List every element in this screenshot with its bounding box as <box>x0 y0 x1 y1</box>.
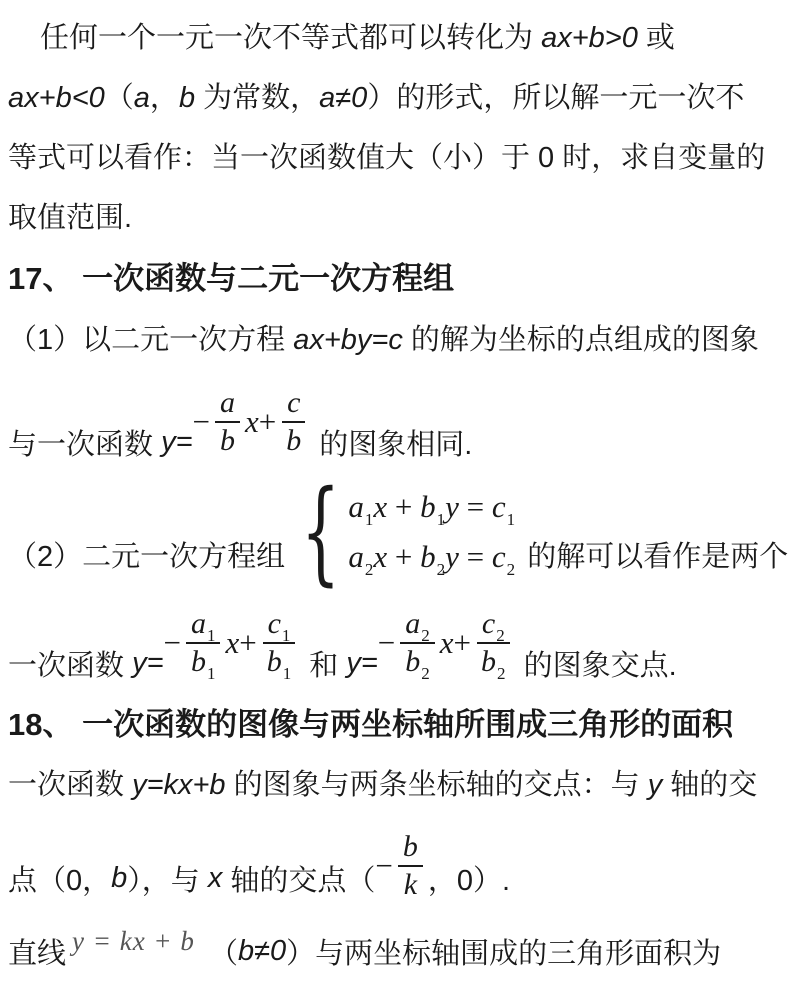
fraction-denominator: b1 <box>186 644 221 680</box>
section-17-item-1: （1）以二元一次方程 ax+by=c 的解为坐标的点组成的图象 <box>8 310 781 370</box>
fraction-numerator: a1 <box>186 607 221 645</box>
math-inline: y=kx+b <box>132 769 226 801</box>
inline-formula-y-kx-b: y = kx + b <box>72 926 195 957</box>
formula-line-b: 一次函数 y= − a1b1 x + c1b1 和 y= − a2b2 x + … <box>8 590 781 696</box>
body-text: 取值范围. <box>8 202 132 234</box>
body-text: 的图象相同. <box>311 422 472 463</box>
math-inline: y= <box>161 426 192 459</box>
body-text: 的解可以看作是两个 <box>519 534 788 575</box>
math-inline: a≠0 <box>319 82 367 114</box>
body-text: （ <box>105 82 134 114</box>
fraction-numerator: c <box>282 386 305 424</box>
body-text: （1）以二元一次方程 <box>8 324 293 356</box>
section-18-line-2: 点（0， b ），与 x 轴的交点（ − bk ，0）. <box>8 816 781 916</box>
body-text: 和 <box>301 643 346 684</box>
fraction-numerator: a <box>215 386 240 424</box>
fraction-a-over-b: ab <box>215 386 240 459</box>
math-inline: ax+b<0 <box>8 82 105 114</box>
plus-sign: + <box>239 625 256 661</box>
math-inline: a <box>134 82 150 114</box>
intro-line-2: ax+b<0（a，b 为常数，a≠0）的形式，所以解一元一次不 <box>8 68 781 128</box>
fraction-b-over-k: bk <box>398 830 423 903</box>
body-text: 等式可以看作：当一次函数值大（小）于 0 时，求自变量的 <box>8 142 765 174</box>
body-text: 任何一个一元一次不等式都可以转化为 <box>40 22 541 54</box>
intro-line-4: 取值范围. <box>8 188 781 248</box>
body-text: 一次函数 <box>8 643 132 684</box>
equation-system: { a1x + b1y = c1 a2x + b2y = c2 <box>289 476 515 588</box>
minus-sign: − <box>378 625 395 661</box>
math-inline: y= <box>132 647 163 680</box>
fraction-denominator: b1 <box>262 644 297 680</box>
body-text: 直线 <box>8 931 66 972</box>
math-inline: ax+by=c <box>293 324 403 356</box>
fraction-denominator: b <box>215 423 240 459</box>
body-text: 与一次函数 <box>8 422 161 463</box>
fraction-numerator: c2 <box>477 607 510 645</box>
section-18-heading: 18、 一次函数的图像与两坐标轴所围成三角形的面积 <box>8 696 781 754</box>
body-text: 一次函数 <box>8 769 132 801</box>
body-text: 轴的交点（ <box>222 858 375 899</box>
equation-row-2: a2x + b2y = c2 <box>348 539 515 575</box>
section-17-heading: 17、 一次函数与二元一次方程组 <box>8 248 781 310</box>
formula-line-a: 与一次函数 y= − ab x + cb 的图象相同. <box>8 370 781 474</box>
fraction-c1-over-b1: c1b1 <box>262 607 297 680</box>
equation-list: a1x + b1y = c1 a2x + b2y = c2 <box>348 489 515 575</box>
fraction-numerator: a2 <box>400 607 435 645</box>
section-18-line-1: 一次函数 y=kx+b 的图象与两条坐标轴的交点：与 y 轴的交 <box>8 754 781 816</box>
fraction-c-over-b: cb <box>281 386 306 459</box>
minus-sign: − <box>375 848 392 884</box>
body-text: ）的形式，所以解一元一次不 <box>367 82 744 114</box>
plus-sign: + <box>259 404 276 440</box>
body-text: 轴的交 <box>662 769 757 801</box>
document-page: 任何一个一元一次不等式都可以转化为 ax+b>0 或 ax+b<0（a，b 为常… <box>0 0 793 998</box>
fraction-denominator: k <box>399 867 422 903</box>
body-text: 的解为坐标的点组成的图象 <box>403 324 759 356</box>
body-text: 或 <box>638 22 675 54</box>
math-inline: b <box>111 862 127 895</box>
fraction-denominator: b2 <box>476 644 511 680</box>
section-17-item-2: （2）二元一次方程组 { a1x + b1y = c1 a2x + b2y = … <box>8 474 781 590</box>
minus-sign: − <box>164 625 181 661</box>
fraction-numerator: c1 <box>263 607 296 645</box>
body-text: ，0）. <box>428 858 510 899</box>
body-text: （ <box>201 931 238 972</box>
math-inline: x <box>208 862 223 895</box>
math-variable-x: x <box>225 625 239 661</box>
body-text: （2）二元一次方程组 <box>8 534 285 575</box>
fraction-denominator: b <box>281 423 306 459</box>
math-inline: b <box>179 82 195 114</box>
section-18-line-3: 直线 y = kx + b （ b≠0 ）与两坐标轴围成的三角形面积为 <box>8 916 781 986</box>
intro-line-3: 等式可以看作：当一次函数值大（小）于 0 时，求自变量的 <box>8 128 781 188</box>
system-brace: { <box>301 476 340 588</box>
plus-sign: + <box>454 625 471 661</box>
intro-line-1: 任何一个一元一次不等式都可以转化为 ax+b>0 或 <box>8 8 781 68</box>
fraction-numerator: b <box>398 830 423 868</box>
math-inline: b≠0 <box>238 935 286 968</box>
fraction-denominator: b2 <box>400 644 435 680</box>
body-text: 为常数， <box>195 82 319 114</box>
body-text: 的图象与两条坐标轴的交点：与 <box>226 769 648 801</box>
body-text: 点（0， <box>8 858 111 899</box>
body-text: ）与两坐标轴围成的三角形面积为 <box>286 931 721 972</box>
math-inline: ax+b>0 <box>541 22 638 54</box>
fraction-c2-over-b2: c2b2 <box>476 607 511 680</box>
math-variable-x: x <box>245 404 259 440</box>
math-inline: y= <box>346 647 377 680</box>
body-text: ），与 <box>127 858 208 899</box>
minus-sign: − <box>193 404 210 440</box>
body-text: ， <box>150 82 179 114</box>
math-variable-x: x <box>440 625 454 661</box>
fraction-a2-over-b2: a2b2 <box>400 607 435 680</box>
fraction-a1-over-b1: a1b1 <box>186 607 221 680</box>
equation-row-1: a1x + b1y = c1 <box>348 489 515 525</box>
body-text: 的图象交点. <box>516 643 677 684</box>
math-inline: y <box>648 769 663 801</box>
